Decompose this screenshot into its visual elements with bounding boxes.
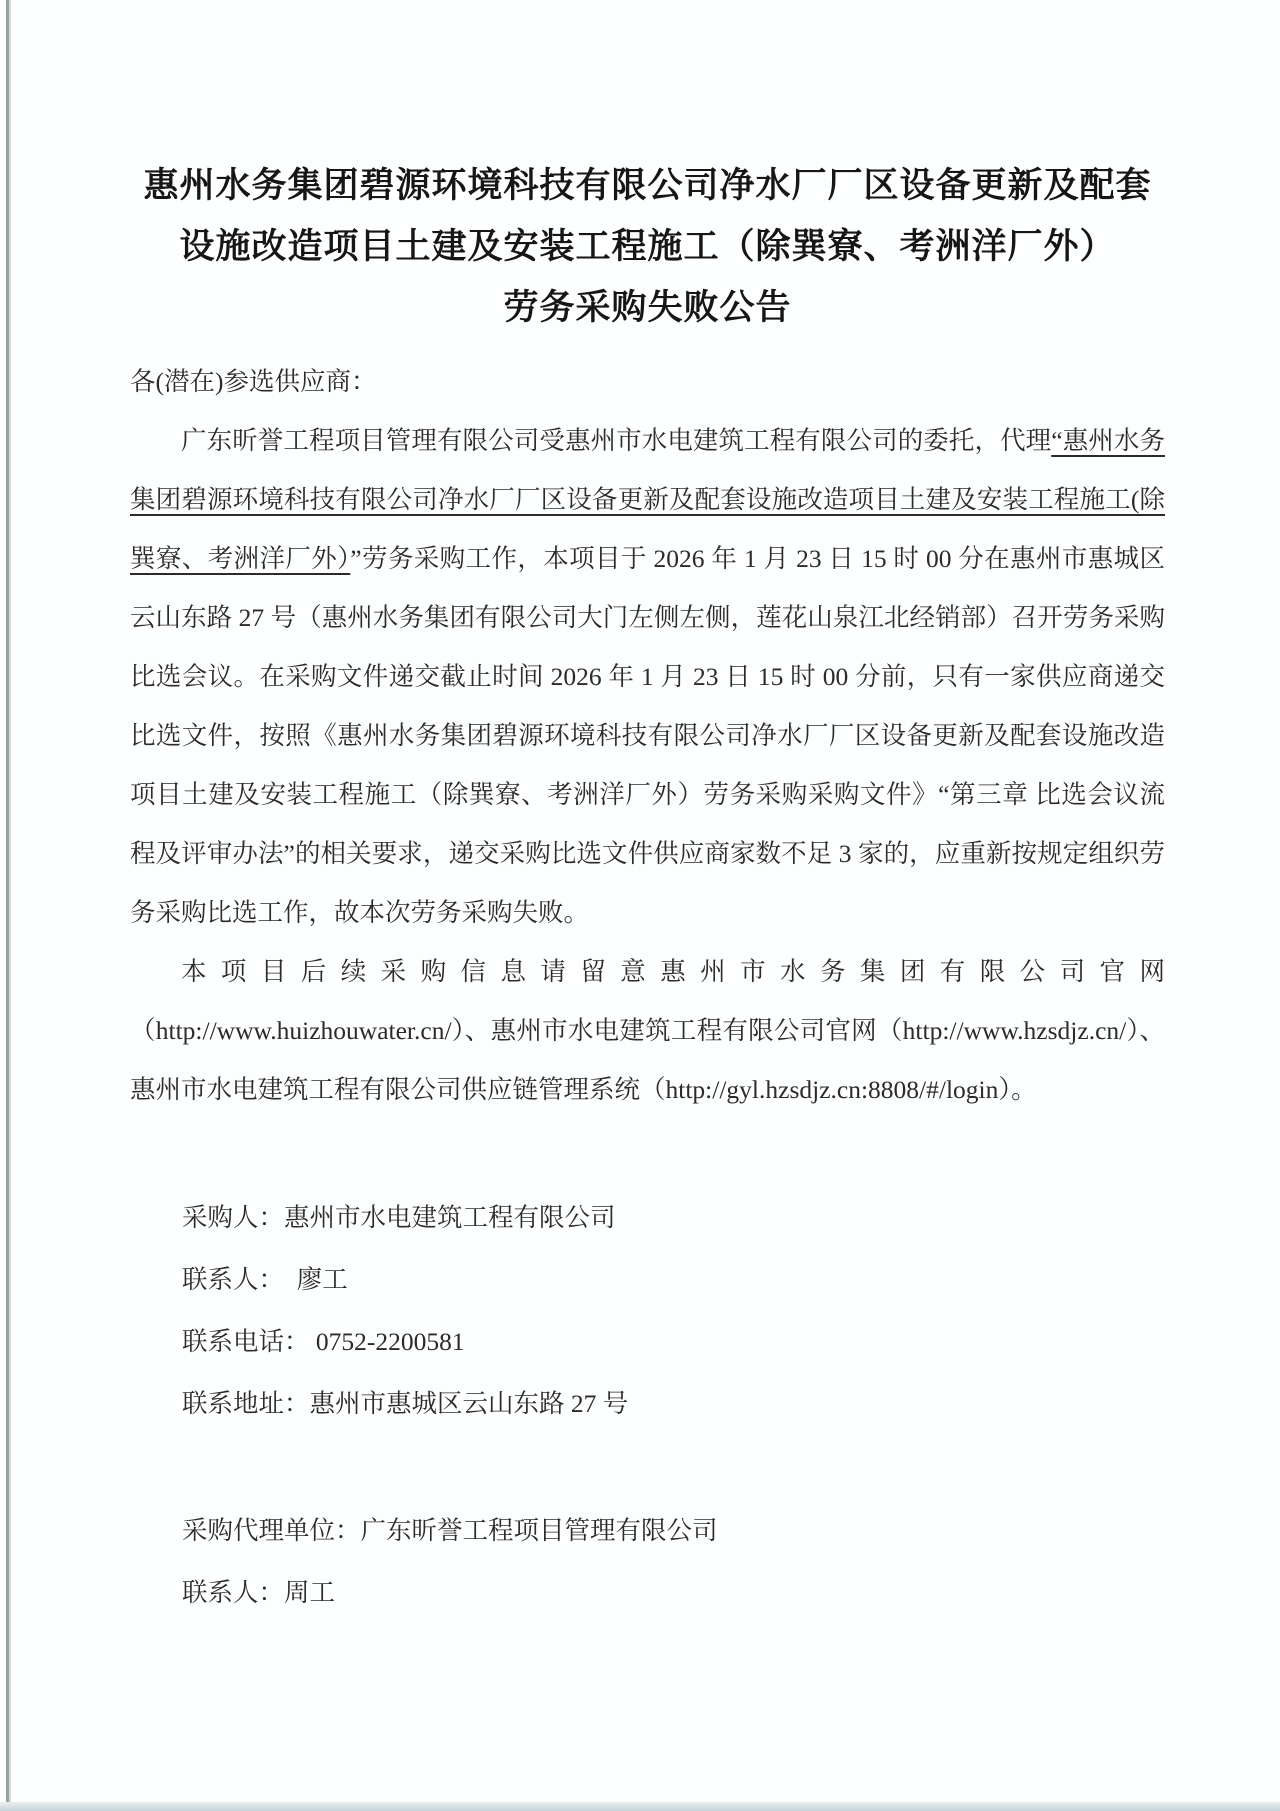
document-title-line-3: 劳务采购失败公告: [130, 277, 1165, 338]
contact-person-label: 联系人：: [182, 1265, 284, 1294]
paragraph1-post-text: ”劳务采购工作，本项目于 2026 年 1 月 23 日 15 时 00 分在惠…: [130, 544, 1165, 927]
contact-address-row: 联系地址：惠州市惠城区云山东路 27 号: [182, 1373, 1165, 1435]
contact-address-value: 惠州市惠城区云山东路 27 号: [310, 1389, 629, 1418]
purchaser-label: 采购人：: [182, 1203, 284, 1232]
agency-value: 广东昕誉工程项目管理有限公司: [361, 1516, 718, 1545]
agency-row: 采购代理单位：广东昕誉工程项目管理有限公司: [182, 1500, 1165, 1562]
contact-phone-value: 0752-2200581: [310, 1327, 465, 1356]
purchaser-value: 惠州市水电建筑工程有限公司: [284, 1203, 616, 1232]
salutation-line: 各(潜在)参选供应商：: [130, 352, 1165, 411]
document-body: 惠州水务集团碧源环境科技有限公司净水厂厂区设备更新及配套 设施改造项目土建及安装…: [130, 0, 1165, 1624]
paragraph-followup-info: 本项目后续采购信息请留意惠州市水务集团有限公司官网（http://www.hui…: [130, 942, 1165, 1119]
scanned-document-page: 惠州水务集团碧源环境科技有限公司净水厂厂区设备更新及配套 设施改造项目土建及安装…: [0, 0, 1280, 1811]
contact-person-row: 联系人： 廖工: [182, 1249, 1165, 1311]
document-title-line-2: 设施改造项目土建及安装工程施工（除巽寮、考洲洋厂外）: [130, 216, 1165, 277]
purchaser-row: 采购人：惠州市水电建筑工程有限公司: [182, 1187, 1165, 1249]
contact-address-label: 联系地址：: [182, 1389, 310, 1418]
document-title-line-1: 惠州水务集团碧源环境科技有限公司净水厂厂区设备更新及配套: [130, 155, 1165, 216]
contact-info-block: 采购人：惠州市水电建筑工程有限公司 联系人： 廖工 联系电话： 0752-220…: [182, 1187, 1165, 1624]
document-title: 惠州水务集团碧源环境科技有限公司净水厂厂区设备更新及配套 设施改造项目土建及安装…: [130, 155, 1165, 338]
contact-person-value: 廖工: [284, 1265, 348, 1294]
agency-label: 采购代理单位：: [182, 1516, 361, 1545]
contact-phone-row: 联系电话： 0752-2200581: [182, 1311, 1165, 1373]
agency-contact-person-label: 联系人：: [182, 1578, 284, 1607]
scan-left-edge-shadow: [9, 0, 11, 1811]
agency-contact-person-row: 联系人：周工: [182, 1562, 1165, 1624]
contact-phone-label: 联系电话：: [182, 1327, 310, 1356]
scan-bottom-edge-band: [0, 1802, 1280, 1811]
paragraph1-pre-text: 广东昕誉工程项目管理有限公司受惠州市水电建筑工程有限公司的委托，代理: [181, 426, 1051, 455]
agency-contact-person-value: 周工: [284, 1578, 335, 1607]
paragraph-procurement-failure: 广东昕誉工程项目管理有限公司受惠州市水电建筑工程有限公司的委托，代理“惠州水务集…: [130, 411, 1165, 942]
